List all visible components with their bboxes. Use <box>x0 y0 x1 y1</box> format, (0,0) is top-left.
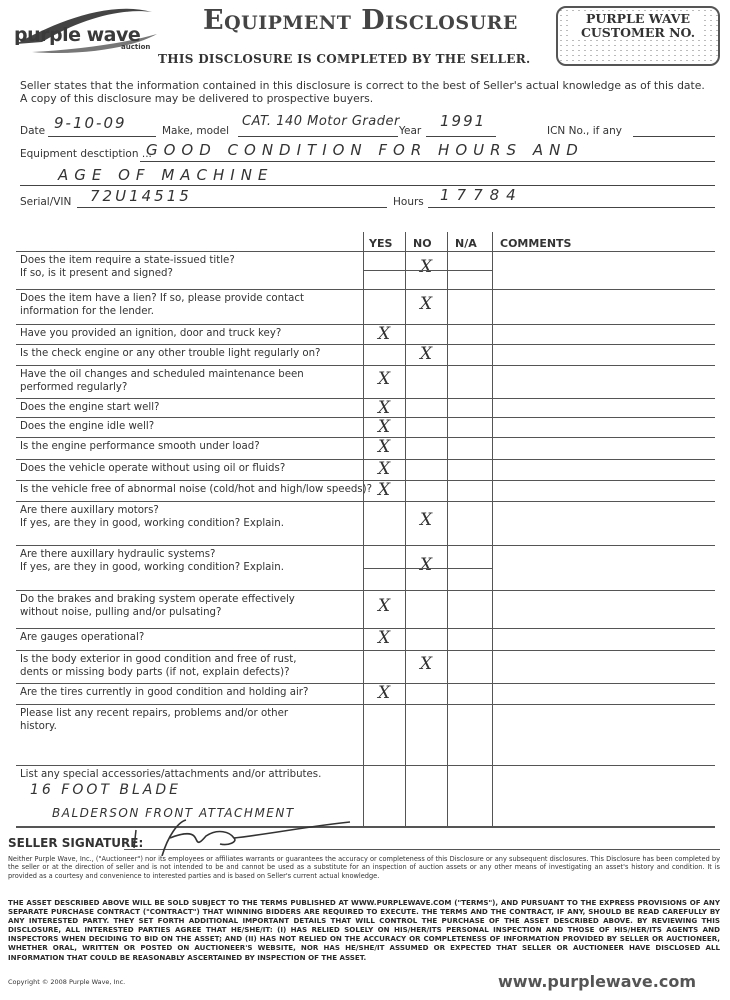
answer-cell-yes[interactable]: X <box>363 683 405 704</box>
table-row-question: Are the tires currently in good conditio… <box>20 686 308 699</box>
comment-cell[interactable] <box>492 704 715 765</box>
check-mark-icon: X <box>420 555 432 575</box>
answer-cell-yes[interactable]: X <box>363 459 405 480</box>
answer-cell-yes[interactable]: X <box>363 437 405 459</box>
answer-cell-na[interactable] <box>447 765 492 826</box>
answer-cell-no[interactable] <box>405 628 447 650</box>
check-mark-icon: X <box>378 459 390 479</box>
answer-cell-no[interactable] <box>405 398 447 417</box>
table-row-question: Is the body exterior in good condition a… <box>20 653 296 679</box>
table-row-question: Is the engine performance smooth under l… <box>20 440 260 453</box>
comment-cell[interactable] <box>492 590 715 628</box>
copyright-text: Copyright © 2008 Purple Wave, Inc. <box>8 978 125 986</box>
answer-cell-no[interactable] <box>405 417 447 437</box>
answer-cell-yes[interactable] <box>363 501 405 545</box>
sub-row-divider <box>363 568 492 569</box>
disclaimer-text: Neither Purple Wave, Inc., ("Auctioneer"… <box>8 855 720 880</box>
answer-cell-na[interactable] <box>447 365 492 398</box>
answer-cell-no[interactable] <box>405 365 447 398</box>
answer-cell-na[interactable] <box>447 704 492 765</box>
check-mark-icon: X <box>378 596 390 616</box>
check-mark-icon: X <box>420 510 432 530</box>
answer-cell-na[interactable] <box>447 650 492 683</box>
comment-cell[interactable] <box>492 344 715 365</box>
comment-cell[interactable] <box>492 459 715 480</box>
signature-scribble-icon[interactable] <box>110 816 370 856</box>
answer-cell-na[interactable] <box>447 480 492 501</box>
answer-cell-na[interactable] <box>447 417 492 437</box>
answer-cell-no[interactable]: X <box>405 344 447 365</box>
comment-cell[interactable] <box>492 289 715 324</box>
column-header-comments: COMMENTS <box>500 237 571 250</box>
comment-cell[interactable] <box>492 324 715 344</box>
check-mark-icon: X <box>378 398 390 418</box>
answer-cell-na[interactable] <box>447 344 492 365</box>
answer-cell-no[interactable] <box>405 683 447 704</box>
comment-cell[interactable] <box>492 480 715 501</box>
check-mark-icon: X <box>378 417 390 437</box>
comment-cell[interactable] <box>492 628 715 650</box>
answer-cell-na[interactable] <box>447 628 492 650</box>
answer-cell-yes[interactable]: X <box>363 417 405 437</box>
column-header-yes: YES <box>369 237 392 250</box>
table-row-question: Have you provided an ignition, door and … <box>20 327 281 340</box>
table-row-question: Does the item require a state-issued tit… <box>20 254 235 280</box>
answer-cell-na[interactable] <box>447 398 492 417</box>
check-mark-icon: X <box>420 257 432 277</box>
answer-cell-no[interactable] <box>405 437 447 459</box>
answer-cell-yes[interactable] <box>363 289 405 324</box>
answer-cell-na[interactable] <box>447 683 492 704</box>
table-row-question: Are there auxillary hydraulic systems?If… <box>20 548 284 574</box>
answer-cell-yes[interactable]: X <box>363 480 405 501</box>
accessories-line-1[interactable]: 16 FOOT BLADE <box>30 782 181 798</box>
answer-cell-no[interactable] <box>405 459 447 480</box>
table-row-question: List any special accessories/attachments… <box>20 768 321 781</box>
answer-cell-na[interactable] <box>447 590 492 628</box>
website-link[interactable]: www.purplewave.com <box>498 972 696 991</box>
answer-cell-na[interactable] <box>447 324 492 344</box>
answer-cell-yes[interactable]: X <box>363 398 405 417</box>
table-row-question: Please list any recent repairs, problems… <box>20 707 288 733</box>
answer-cell-no[interactable] <box>405 704 447 765</box>
check-mark-icon: X <box>378 628 390 648</box>
answer-cell-yes[interactable] <box>363 650 405 683</box>
comment-cell[interactable] <box>492 365 715 398</box>
answer-cell-yes[interactable]: X <box>363 365 405 398</box>
check-mark-icon: X <box>378 437 390 457</box>
table-row-question: Does the vehicle operate without using o… <box>20 462 285 475</box>
check-mark-icon: X <box>420 294 432 314</box>
answer-cell-yes[interactable] <box>363 704 405 765</box>
check-mark-icon: X <box>378 683 390 703</box>
comment-cell[interactable] <box>492 501 715 545</box>
answer-cell-no[interactable]: X <box>405 289 447 324</box>
check-mark-icon: X <box>378 369 390 389</box>
comment-cell[interactable] <box>492 545 715 590</box>
legal-terms-text: The asset described above will be sold s… <box>8 898 720 962</box>
answer-cell-no[interactable] <box>405 324 447 344</box>
table-row-question: Is the check engine or any other trouble… <box>20 347 320 360</box>
answer-cell-na[interactable] <box>447 289 492 324</box>
answer-cell-no[interactable] <box>405 590 447 628</box>
answer-cell-no[interactable]: X <box>405 501 447 545</box>
answer-cell-na[interactable] <box>447 459 492 480</box>
comment-cell[interactable] <box>492 417 715 437</box>
answer-cell-no[interactable]: X <box>405 650 447 683</box>
column-header-no: NO <box>413 237 432 250</box>
sub-row-divider <box>363 270 492 271</box>
column-header-na: N/A <box>455 237 477 250</box>
table-row-question: Are there auxillary motors?If yes, are t… <box>20 504 284 530</box>
answer-cell-yes[interactable]: X <box>363 324 405 344</box>
comment-cell[interactable] <box>492 437 715 459</box>
answer-cell-no[interactable] <box>405 480 447 501</box>
table-row-question: Are gauges operational? <box>20 631 144 644</box>
comment-cell[interactable] <box>492 251 715 289</box>
answer-cell-yes[interactable]: X <box>363 628 405 650</box>
table-row-question: Have the oil changes and scheduled maint… <box>20 368 304 394</box>
check-mark-icon: X <box>420 654 432 674</box>
table-row-question: Is the vehicle free of abnormal noise (c… <box>20 483 372 496</box>
table-row-question: Do the brakes and braking system operate… <box>20 593 295 619</box>
answer-cell-na[interactable] <box>447 501 492 545</box>
comment-cell[interactable] <box>492 650 715 683</box>
answer-cell-yes[interactable] <box>363 344 405 365</box>
answer-cell-na[interactable] <box>447 437 492 459</box>
answer-cell-yes[interactable]: X <box>363 590 405 628</box>
check-mark-icon: X <box>420 344 432 364</box>
check-mark-icon: X <box>378 324 390 344</box>
answer-cell-no[interactable] <box>405 765 447 826</box>
comment-cell[interactable] <box>492 765 715 826</box>
check-mark-icon: X <box>378 480 390 500</box>
comment-cell[interactable] <box>492 398 715 417</box>
table-row-question: Does the engine start well? <box>20 401 159 414</box>
table-row-question: Does the item have a lien? If so, please… <box>20 292 304 318</box>
table-row-question: Does the engine idle well? <box>20 420 154 433</box>
comment-cell[interactable] <box>492 683 715 704</box>
